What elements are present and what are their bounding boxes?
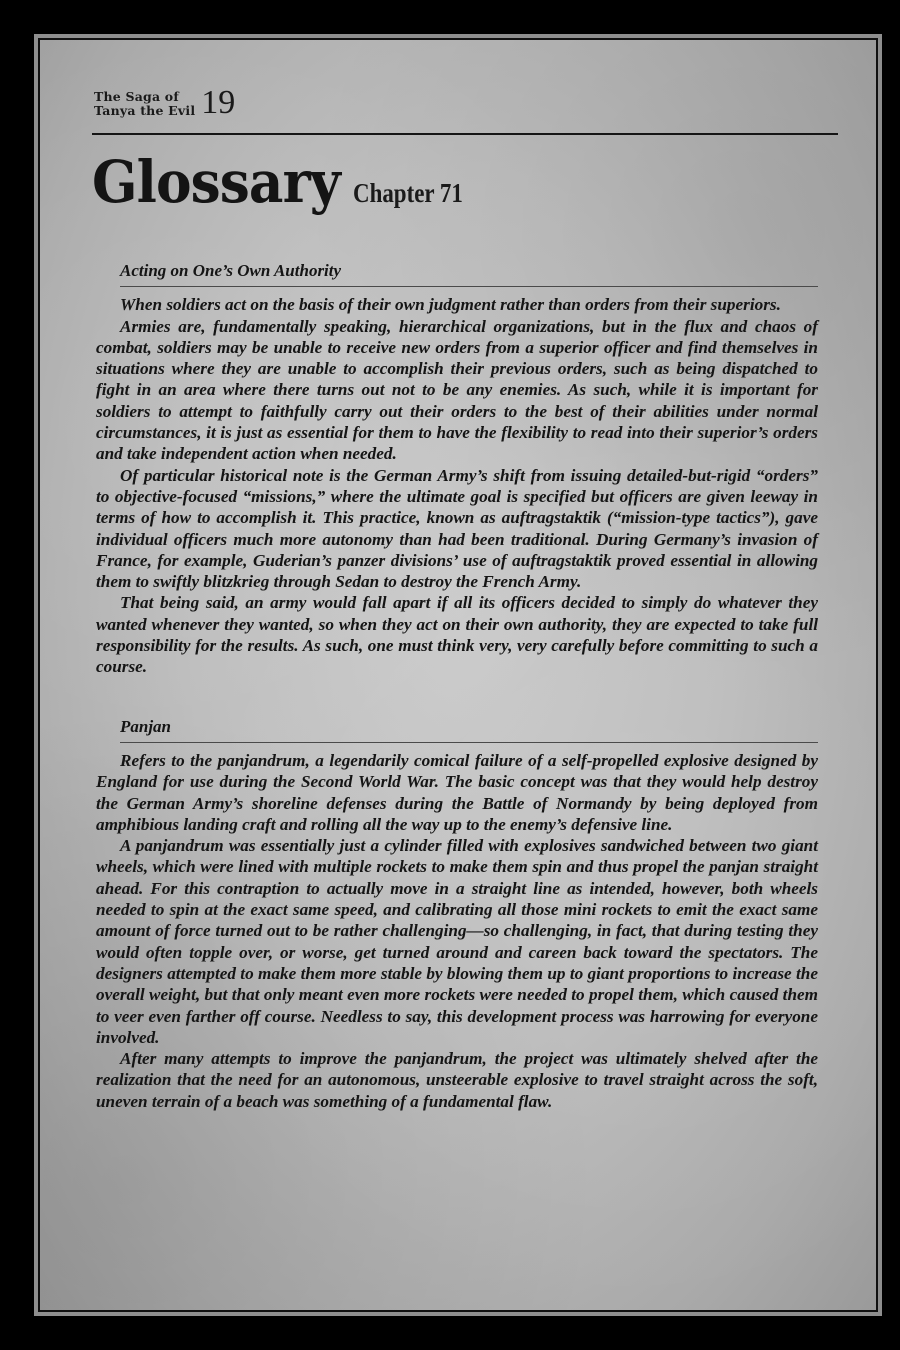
entry-paragraph: When soldiers act on the basis of their … <box>96 294 818 315</box>
entry-term: Acting on One’s Own Authority <box>120 260 818 287</box>
entry-paragraph: A panjandrum was essentially just a cyli… <box>96 835 818 1048</box>
entry-paragraph: Armies are, fundamentally speaking, hier… <box>96 316 818 465</box>
entry-paragraph: Refers to the panjandrum, a legendarily … <box>96 750 818 835</box>
series-title-line-2: Tanya the Evil <box>94 104 195 118</box>
entry-term: Panjan <box>120 716 818 743</box>
entry-paragraph: Of particular historical note is the Ger… <box>96 465 818 593</box>
entry-paragraph: After many attempts to improve the panja… <box>96 1048 818 1112</box>
page-frame: The Saga of Tanya the Evil 19 Glossary C… <box>34 34 882 1316</box>
series-title-line-1: The Saga of <box>94 90 195 104</box>
running-header: The Saga of Tanya the Evil 19 <box>94 88 235 118</box>
header-rule <box>92 133 838 135</box>
glossary-entry: Panjan Refers to the panjandrum, a legen… <box>96 716 818 1112</box>
page-title: Glossary <box>92 148 340 216</box>
glossary-page: The Saga of Tanya the Evil 19 Glossary C… <box>38 38 878 1312</box>
page-title-row: Glossary Chapter 71 <box>92 148 483 216</box>
glossary-content: Acting on One’s Own Authority When soldi… <box>96 260 818 1150</box>
glossary-entry: Acting on One’s Own Authority When soldi… <box>96 260 818 678</box>
entry-paragraph: That being said, an army would fall apar… <box>96 592 818 677</box>
series-title: The Saga of Tanya the Evil <box>94 90 195 118</box>
volume-number: 19 <box>201 88 235 118</box>
chapter-label: Chapter 71 <box>353 178 463 209</box>
